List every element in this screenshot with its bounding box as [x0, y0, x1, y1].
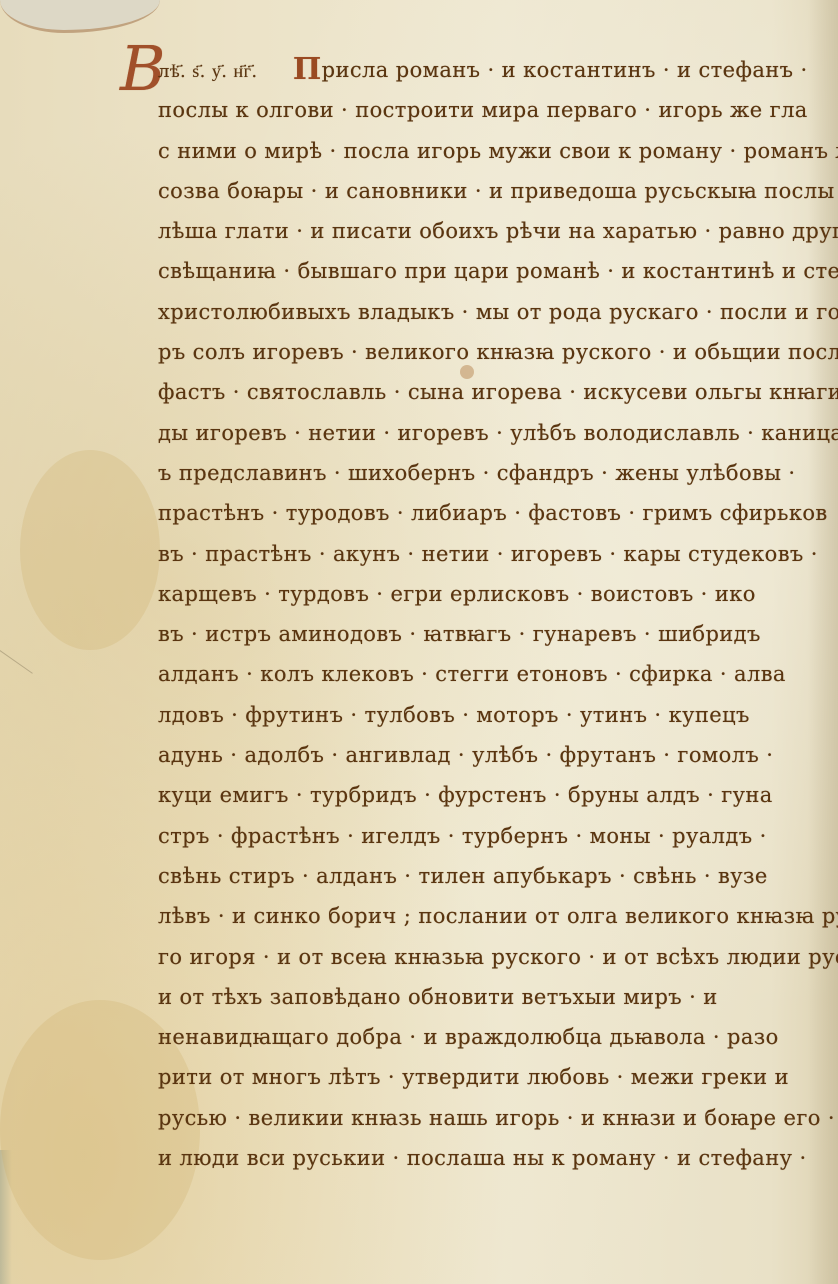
- text-block: лѣ҃. ѕ҃. у҃. н҃г҃. Прислa романъ · и кос…: [120, 50, 820, 1178]
- text-line: фастъ · святославль · сына игорева · иск…: [120, 372, 820, 412]
- text-line: стръ · фрастѣнъ · игелдъ · турбернъ · мо…: [120, 816, 820, 856]
- year-heading: лѣ҃. ѕ҃. у҃. н҃г҃.: [158, 61, 257, 82]
- text-line: лѣша глати · и писати обоихъ рѣчи на хар…: [120, 211, 820, 251]
- text-line: созва боꙗры · и сановники · и приведоша …: [120, 171, 820, 211]
- text-line: и от тѣхъ заповѣдано обновити ветъхыи ми…: [120, 977, 820, 1017]
- text-line: адунь · адолбъ · ангивлад · улѣбъ · фрут…: [120, 735, 820, 775]
- text-line: свѣщаниꙗ · бывшаго при цари романѣ · и к…: [120, 251, 820, 291]
- rubric-initial: П: [293, 52, 322, 87]
- text-line: карщевъ · турдовъ · егри ерлисковъ · вои…: [120, 574, 820, 614]
- parchment-crease: [0, 650, 33, 707]
- text-line: и люди вси руськии · послаша ны к роману…: [120, 1138, 820, 1178]
- manuscript-page: В лѣ҃. ѕ҃. у҃. н҃г҃. Прислa романъ · и к…: [0, 0, 838, 1284]
- text-line: христолюбивыхъ владыкъ · мы от рода руск…: [120, 292, 820, 332]
- text-line: въ · истръ аминодовъ · ꙗтвꙗгъ · гунаревъ…: [120, 614, 820, 654]
- text-line: алданъ · колъ клековъ · стегги етоновъ ·…: [120, 654, 820, 694]
- text-line: послы к олгови · построити мира перваго …: [120, 90, 820, 130]
- text-line: рислa романъ · и костантинъ · и стефанъ …: [322, 58, 808, 82]
- text-line: русью · великии кнꙗзь нашь игорь · и кнꙗ…: [120, 1098, 820, 1138]
- text-line: лѣвъ · и синко борич ; послании от олга …: [120, 896, 820, 936]
- heading-line: лѣ҃. ѕ҃. у҃. н҃г҃. Прислa романъ · и кос…: [120, 50, 820, 90]
- text-line: го игоря · и от всеꙗ кнꙗзьꙗ руского · и …: [120, 937, 820, 977]
- text-line: ды игоревъ · нетии · игоревъ · улѣбъ вол…: [120, 413, 820, 453]
- text-line: с ними о мирѣ · посла игорь мужи свои к …: [120, 131, 820, 171]
- torn-top-edge: [0, 0, 160, 33]
- text-line: куци емигъ · турбридъ · фурстенъ · бруны…: [120, 775, 820, 815]
- text-line: рити от многъ лѣтъ · утвердити любовь · …: [120, 1057, 820, 1097]
- text-line: лдовъ · фрутинъ · тулбовъ · моторъ · ути…: [120, 695, 820, 735]
- text-line: ъ предславинъ · шихобернъ · сфандръ · же…: [120, 453, 820, 493]
- text-line: свѣнь стиръ · алданъ · тилен апубькаръ ·…: [120, 856, 820, 896]
- text-line: прастѣнъ · туродовъ · либиаръ · фастовъ …: [120, 493, 820, 533]
- text-line: ненавидꙗщаго добра · и враждолюбца дьꙗво…: [120, 1017, 820, 1057]
- text-line: ръ солъ игоревъ · великого кнꙗзꙗ руского…: [120, 332, 820, 372]
- text-line: въ · прастѣнъ · акунъ · нетии · игоревъ …: [120, 534, 820, 574]
